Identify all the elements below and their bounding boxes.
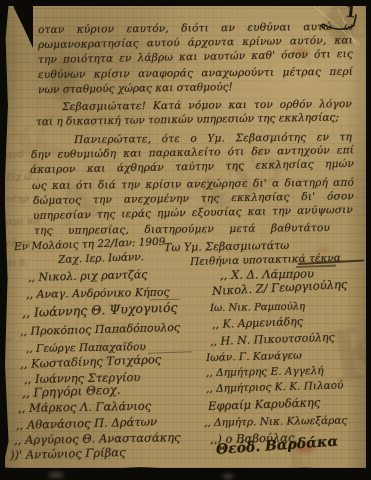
scanned-manuscript-page: ΚΑΤ415ΚΒ.ΚΓ Εν Μολάοις τη 22/Ιαν: 1909 Ζ… bbox=[0, 0, 371, 480]
aged-squared-paper bbox=[5, 5, 367, 468]
scan-border-bottom bbox=[0, 466, 371, 480]
scan-noise bbox=[48, 472, 64, 478]
scan-noise bbox=[222, 474, 234, 479]
